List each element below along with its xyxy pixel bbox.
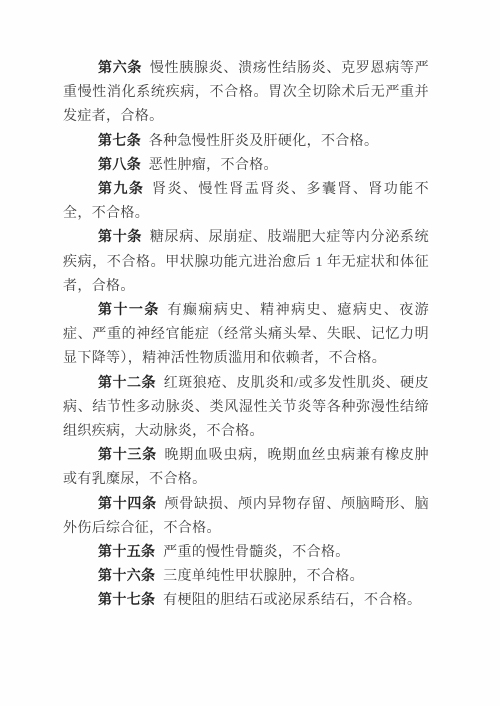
article-paragraph: 第八条恶性肿瘤，不合格。 [63,154,429,178]
document-page: 第六条慢性胰腺炎、溃疡性结肠炎、克罗恩病等严重慢性消化系统疾病，不合格。胃次全切… [0,0,500,706]
article-paragraph: 第七条各种急慢性肝炎及肝硬化，不合格。 [63,130,429,154]
article-number: 第十一条 [98,303,160,318]
article-number: 第九条 [98,182,144,197]
article-number: 第八条 [98,158,141,173]
article-paragraph: 第十一条有癫痫病史、精神病史、癔病史、夜游症、严重的神经官能症（经常头痛头晕、失… [63,299,429,372]
article-number: 第十五条 [98,545,155,560]
article-text: 严重的慢性骨髓炎，不合格。 [163,545,350,560]
article-paragraph: 第十三条晚期血吸虫病，晚期血丝虫病兼有橡皮肿或有乳糜尿，不合格。 [63,444,429,492]
article-text: 有梗阻的胆结石或泌尿系结石，不合格。 [163,593,421,608]
article-paragraph: 第十五条严重的慢性骨髓炎，不合格。 [63,541,429,565]
article-number: 第十七条 [98,593,155,608]
article-paragraph: 第十四条颅骨缺损、颅内异物存留、颅脑畸形、脑外伤后综合征，不合格。 [63,493,429,541]
article-number: 第六条 [98,61,142,76]
article-number: 第十条 [98,230,142,245]
article-paragraph: 第十二条红斑狼疮、皮肌炎和/或多发性肌炎、硬皮病、结节性多动脉炎、类风湿性关节炎… [63,372,429,445]
article-text: 各种急慢性肝炎及肝硬化，不合格。 [149,134,379,149]
article-number: 第十三条 [98,448,157,463]
article-number: 第十四条 [98,497,157,512]
article-number: 第十二条 [98,376,156,391]
article-text: 恶性肿瘤，不合格。 [149,158,278,173]
article-number: 第七条 [98,134,141,149]
article-number: 第十六条 [98,569,155,584]
article-text: 三度单纯性甲状腺肿，不合格。 [163,569,364,584]
article-paragraph: 第十六条三度单纯性甲状腺肿，不合格。 [63,565,429,589]
article-paragraph: 第十条糖尿病、尿崩症、肢端肥大症等内分泌系统疾病，不合格。甲状腺功能亢进治愈后 … [63,226,429,299]
article-paragraph: 第十七条有梗阻的胆结石或泌尿系结石，不合格。 [63,589,429,613]
article-paragraph: 第九条肾炎、慢性肾盂肾炎、多囊肾、肾功能不全，不合格。 [63,178,429,226]
document-body: 第六条慢性胰腺炎、溃疡性结肠炎、克罗恩病等严重慢性消化系统疾病，不合格。胃次全切… [63,57,429,614]
article-paragraph: 第六条慢性胰腺炎、溃疡性结肠炎、克罗恩病等严重慢性消化系统疾病，不合格。胃次全切… [63,57,429,130]
